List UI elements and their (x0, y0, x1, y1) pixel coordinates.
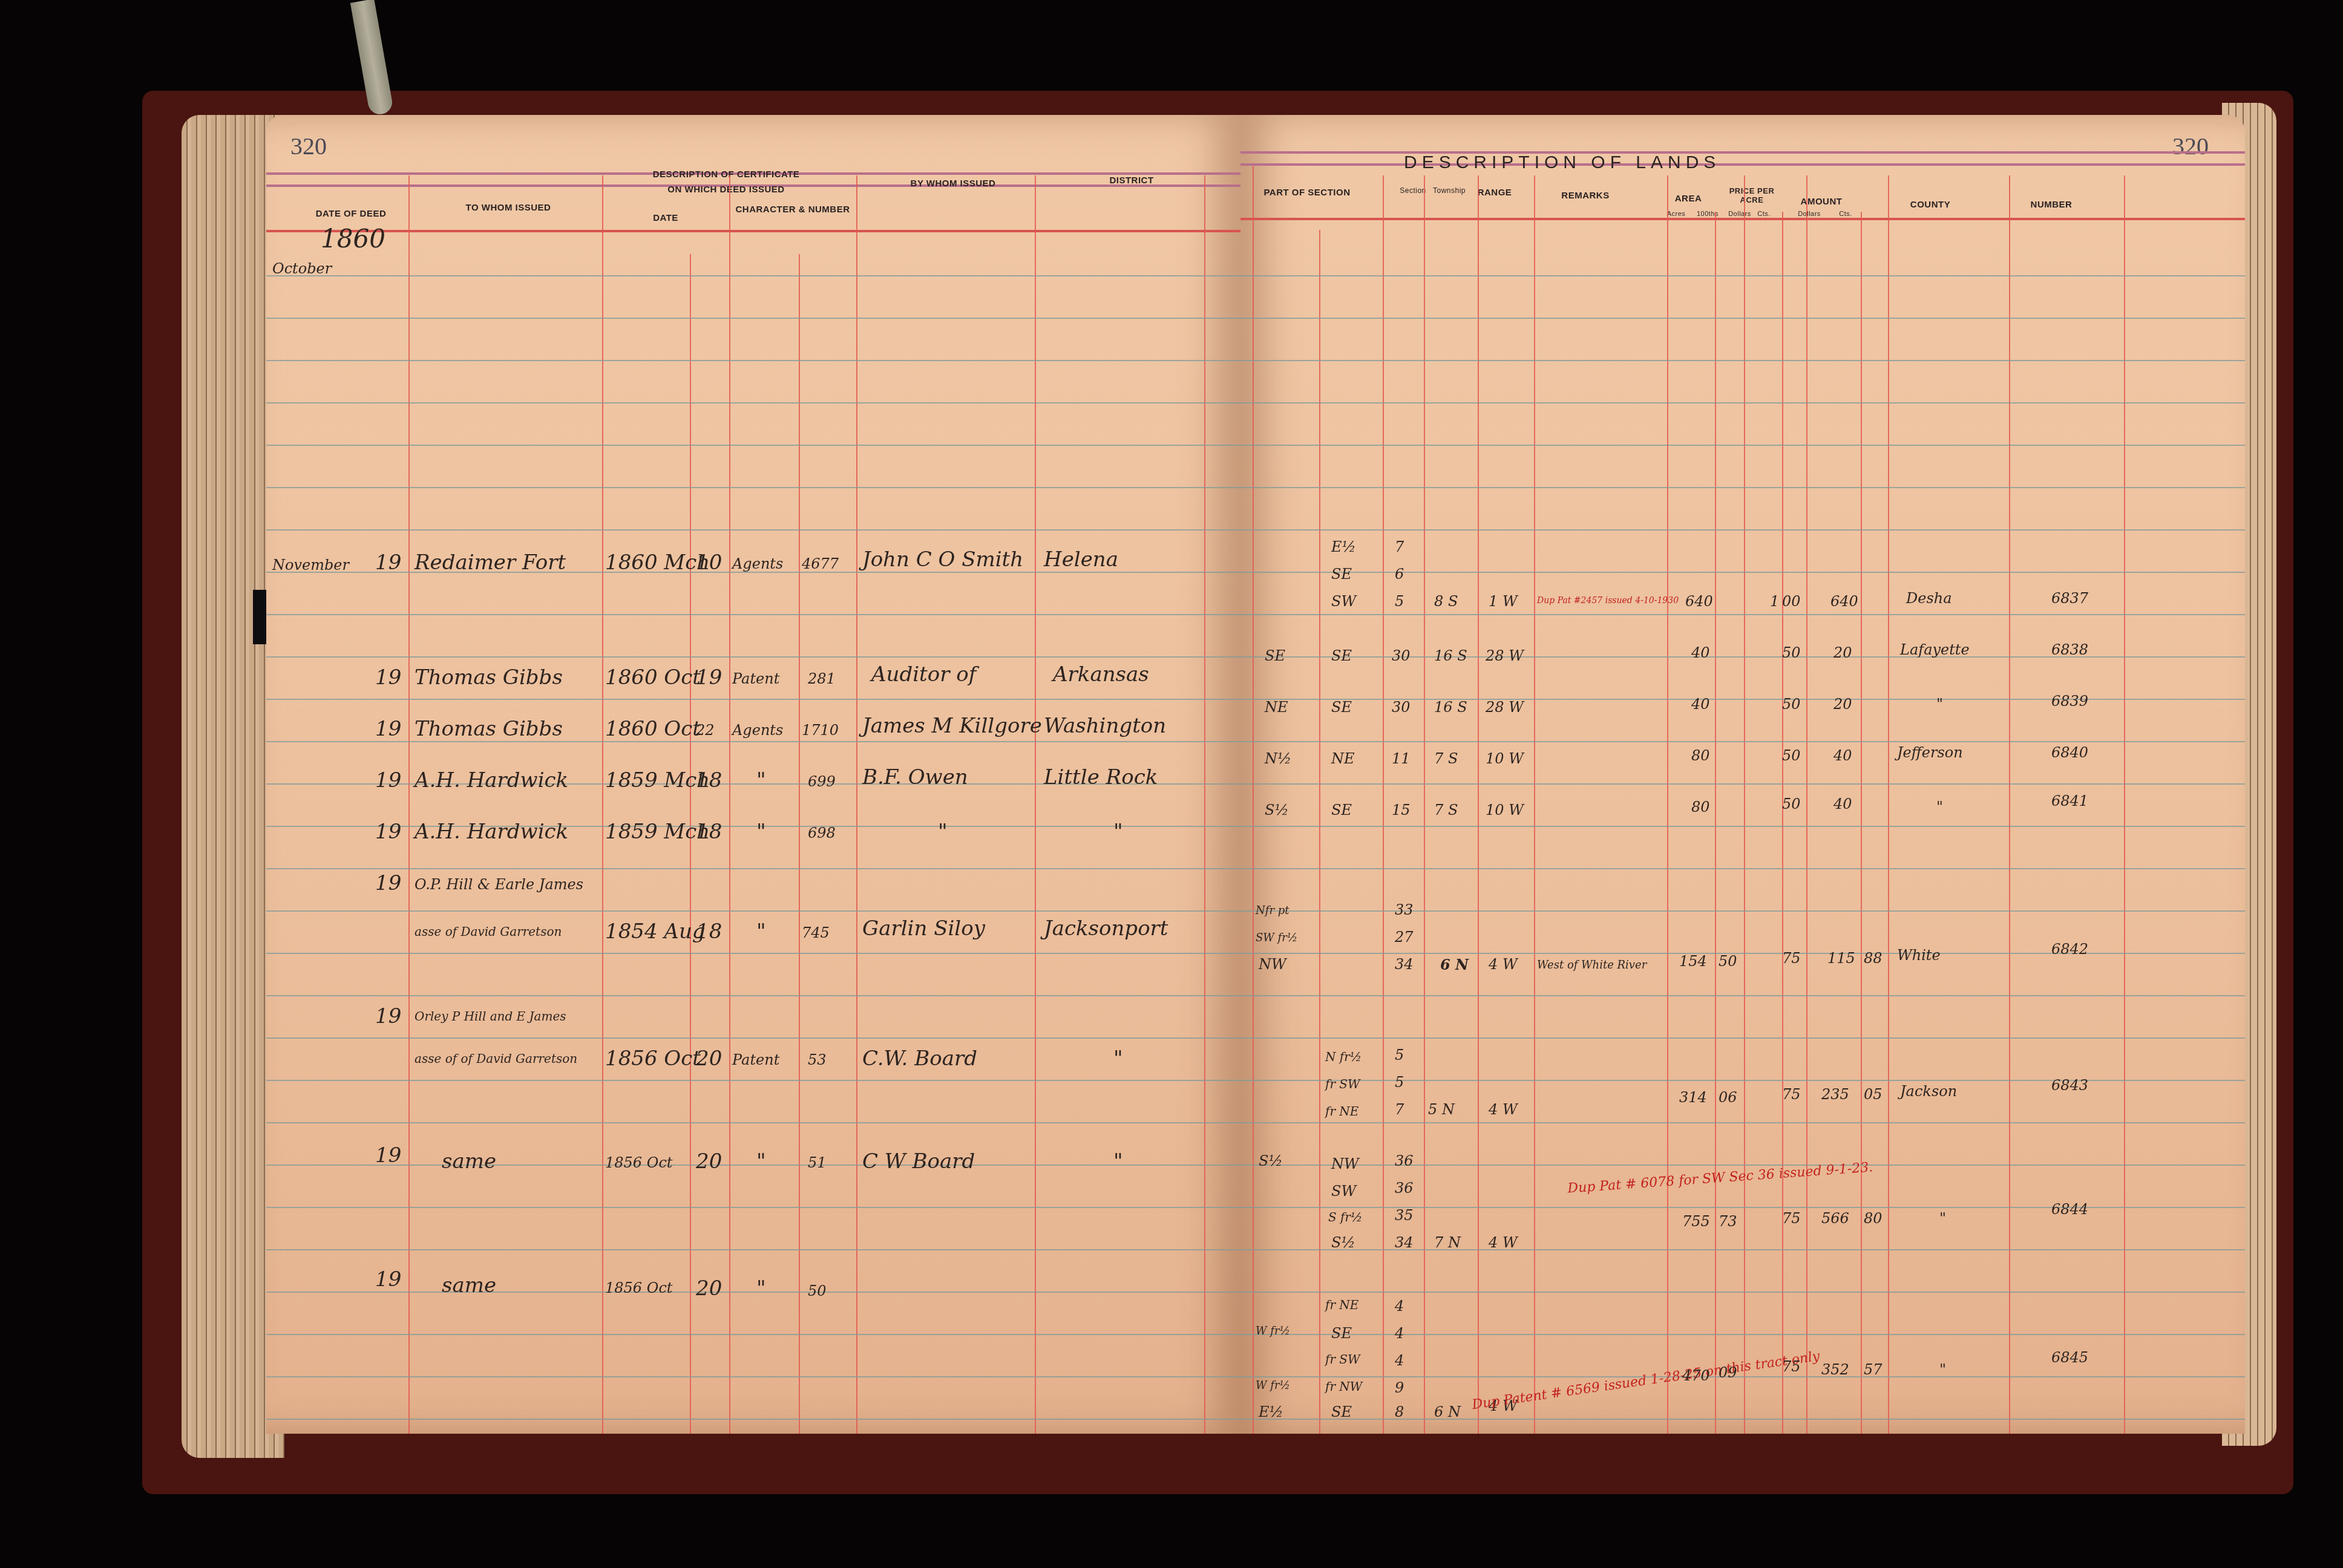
part-of-section: S½ (1259, 1152, 1283, 1169)
header-part-of-section: PART OF SECTION (1263, 188, 1350, 198)
hundredths: 09 (1719, 1364, 1737, 1381)
section-title: DESCRIPTION OF LANDS (1404, 152, 1720, 173)
deed-day: 19 (375, 768, 401, 792)
cert-day: 10 (696, 550, 722, 575)
grantee-name: Redaimer Fort (415, 550, 566, 575)
deed-day: 19 (375, 717, 401, 741)
section: 5 (1395, 1074, 1404, 1091)
part-of-section: fr NE (1325, 1298, 1358, 1312)
entry-number: 6838 (2051, 641, 2088, 658)
cert-number: 281 (808, 670, 836, 687)
cert-character: " (756, 1276, 766, 1301)
acres: 40 (1691, 696, 1710, 713)
part-of-section: N fr½ (1325, 1050, 1362, 1064)
cert-date: 1856 Oct (605, 1279, 672, 1296)
cert-number: 745 (802, 924, 830, 941)
part-of-section: SW (1331, 1183, 1356, 1200)
acres: 755 (1682, 1213, 1710, 1230)
township: 7 N (1434, 1234, 1461, 1251)
amount-cts: 05 (1864, 1086, 1883, 1103)
hundredths: 73 (1719, 1213, 1737, 1230)
cert-character: " (756, 1149, 766, 1174)
district: Washington (1044, 714, 1166, 738)
cert-number: 1710 (802, 722, 839, 739)
county: Jackson (1900, 1083, 1957, 1100)
col-divider (729, 175, 730, 1434)
left-page: 320 DATE OF DEED TO WHOM ISSUED DESCRIPT… (266, 115, 1240, 1434)
cert-number: 4677 (802, 555, 839, 572)
amount-cts: 57 (1864, 1361, 1883, 1378)
township: 6 N (1440, 956, 1469, 973)
amount-dollars: 115 (1827, 950, 1855, 967)
part-of-section: NW (1259, 956, 1286, 973)
section: 6 (1395, 566, 1404, 583)
header-to-whom-issued: TO WHOM ISSUED (466, 203, 551, 213)
part-of-section: S½ (1331, 1234, 1355, 1251)
district: " (1113, 1047, 1123, 1071)
district: Arkansas (1053, 662, 1149, 687)
section: 5 (1395, 593, 1404, 610)
county: " (1936, 799, 1943, 815)
deed-day: 19 (375, 1267, 401, 1292)
range: 4 W (1489, 956, 1518, 973)
header-district: DISTRICT (1109, 175, 1153, 186)
township: 8 S (1434, 593, 1458, 610)
part-of-section: E½ (1259, 1403, 1283, 1420)
issued-by: B.F. Owen (862, 765, 968, 789)
header-rule (266, 230, 1240, 232)
issued-by: Garlin Siloy (862, 916, 985, 941)
range: 10 W (1486, 750, 1524, 767)
issued-by: C.W. Board (862, 1047, 977, 1071)
range: 10 W (1486, 802, 1524, 818)
header-description-certificate: DESCRIPTION OF CERTIFICATE (653, 169, 800, 180)
remark-red: Dup Patent # 6569 issued 1-28-25 on this… (1471, 1349, 1821, 1413)
grantee-name: same (442, 1149, 496, 1174)
section: 35 (1395, 1207, 1414, 1224)
deed-day: 19 (375, 665, 401, 690)
header-price-cts: Cts. (1757, 211, 1771, 218)
cert-date: 1856 Oct (605, 1047, 701, 1071)
acres: 640 (1685, 593, 1713, 610)
month-label-october: October (272, 260, 332, 277)
issued-by: C W Board (862, 1149, 975, 1174)
part-of-section: S fr½ (1328, 1210, 1362, 1224)
part-of-section: E½ (1331, 538, 1356, 555)
cert-date: 1859 Mch (605, 820, 710, 844)
part-of-section: SE (1331, 802, 1352, 818)
header-remarks: REMARKS (1561, 191, 1609, 201)
section: 33 (1395, 901, 1414, 918)
cert-day: 18 (696, 920, 722, 944)
header-section: Section (1400, 186, 1426, 195)
range: 28 W (1486, 647, 1524, 664)
header-double-rule (1240, 151, 2245, 166)
grantee-name: A.H. Hardwick (415, 768, 568, 792)
cert-character: " (756, 820, 766, 844)
cert-day: 18 (696, 820, 722, 844)
grantee-name: Orley P Hill and E James (415, 1009, 566, 1024)
part-of-section: fr NE (1325, 1104, 1358, 1119)
part-of-section: SE (1331, 647, 1352, 664)
section: 11 (1392, 750, 1411, 767)
grantee-name: same (442, 1273, 496, 1298)
cert-character: " (756, 920, 766, 944)
cert-character: Patent (732, 1051, 779, 1068)
cert-date: 1856 Oct (605, 1154, 672, 1171)
section: 15 (1392, 802, 1411, 818)
col-divider (799, 254, 800, 1434)
price-cts: 50 (1782, 795, 1801, 812)
col-divider (1204, 175, 1205, 1434)
cert-number: 699 (808, 773, 836, 790)
amount-dollars: 566 (1821, 1210, 1849, 1227)
cert-day: 19 (696, 665, 722, 690)
price-cts: 50 (1782, 644, 1801, 661)
acres: 470 (1682, 1367, 1710, 1384)
county: White (1897, 947, 1941, 964)
cert-date: 1860 Oct (605, 717, 701, 741)
cert-date: 1860 Mch (605, 550, 710, 575)
col-divider (408, 175, 410, 1434)
cert-day: 20 (696, 1149, 722, 1174)
cert-character: Agents (732, 555, 783, 572)
district: Helena (1044, 547, 1118, 572)
header-range: RANGE (1478, 188, 1512, 198)
section: 30 (1392, 647, 1411, 664)
county: Jefferson (1897, 744, 1963, 761)
section: 9 (1395, 1379, 1404, 1396)
cert-day: 20 (696, 1276, 722, 1301)
cert-day: 20 (696, 1047, 722, 1071)
part-of-section: NE (1331, 750, 1355, 767)
part-of-section: SE (1331, 699, 1352, 716)
entry-number: 6844 (2051, 1201, 2088, 1218)
district: " (1113, 820, 1123, 844)
amount-dollars: 20 (1833, 696, 1852, 713)
header-by-whom-issued: BY WHOM ISSUED (911, 178, 996, 189)
district: " (1113, 1149, 1123, 1174)
part-of-section: fr NW (1325, 1379, 1362, 1394)
entry-number: 6843 (2051, 1077, 2088, 1094)
grantee-assignee: asse of David Garretson (415, 924, 562, 939)
section: 4 (1395, 1325, 1404, 1342)
header-number: NUMBER (2031, 200, 2073, 210)
range: 4 W (1489, 1101, 1518, 1118)
amount-cts: 88 (1864, 950, 1883, 967)
section: 4 (1395, 1352, 1404, 1369)
entry-number: 6842 (2051, 941, 2088, 958)
section: 8 (1395, 1403, 1404, 1420)
col-divider (856, 175, 857, 1434)
right-page: 320 DESCRIPTION OF LANDS PART OF SECTION… (1240, 115, 2245, 1434)
hundredths: 06 (1719, 1089, 1737, 1106)
part-of-section: Nfr pt (1256, 904, 1289, 917)
deed-day: 19 (375, 1004, 401, 1028)
remark-red: Dup Pat #2457 issued 4-10-1930 (1537, 596, 1679, 606)
cert-character: Patent (732, 670, 779, 687)
header-date-of-deed: DATE OF DEED (316, 209, 387, 219)
section: 7 (1395, 1101, 1404, 1118)
price-dollars: 1 (1770, 593, 1779, 610)
issued-by: John C O Smith (862, 547, 1023, 572)
index-tab-left[interactable] (253, 590, 267, 644)
col-divider (602, 175, 603, 1434)
section: 4 (1395, 1298, 1404, 1315)
header-amount-dollars: Dollars (1798, 211, 1821, 218)
part-of-section: SW (1331, 593, 1356, 610)
deed-day: 19 (375, 820, 401, 844)
grantee-name: Thomas Gibbs (415, 665, 563, 690)
grantee-name: O.P. Hill & Earle James (415, 876, 583, 893)
deed-day: 19 (375, 871, 401, 895)
year-label: 1860 (321, 224, 385, 253)
cert-date: 1860 Oct (605, 665, 701, 690)
acres: 40 (1691, 644, 1710, 661)
range: 28 W (1486, 699, 1524, 716)
col-divider (1035, 175, 1036, 1434)
header-area: AREA (1675, 194, 1702, 204)
price-cts: 50 (1782, 747, 1801, 764)
entry-number: 6840 (2051, 744, 2088, 761)
section: 30 (1392, 699, 1411, 716)
header-rule (1240, 218, 2245, 220)
part-of-section: SW fr½ (1256, 932, 1297, 944)
part-of-section: SE (1331, 1325, 1352, 1342)
price-cts: 50 (1782, 696, 1801, 713)
section: 36 (1395, 1152, 1414, 1169)
page-number: 320 (290, 132, 327, 160)
price-cts: 75 (1782, 1086, 1801, 1103)
section: 27 (1395, 929, 1414, 946)
header-amount-cts: Cts. (1839, 211, 1852, 218)
part-of-section: NE (1265, 699, 1288, 716)
hundredths: 50 (1719, 953, 1737, 970)
section: 36 (1395, 1180, 1414, 1197)
county: Lafayette (1900, 641, 1970, 658)
entry-number: 6841 (2051, 792, 2088, 809)
amount-cts: 80 (1864, 1210, 1883, 1227)
cert-character: " (756, 768, 766, 792)
part-of-section: fr SW (1325, 1352, 1360, 1367)
part-of-section: SE (1331, 1403, 1352, 1420)
cert-number: 51 (808, 1154, 827, 1171)
grantee-name: A.H. Hardwick (415, 820, 568, 844)
cert-day: 22 (696, 722, 715, 739)
township: 7 S (1434, 750, 1458, 767)
acres: 154 (1679, 953, 1707, 970)
township: 16 S (1434, 647, 1467, 664)
district: Little Rock (1044, 765, 1158, 789)
section: 7 (1395, 538, 1404, 555)
price-cts: 00 (1782, 593, 1801, 610)
deed-day: 19 (375, 550, 401, 575)
township: 6 N (1434, 1403, 1461, 1420)
township: 16 S (1434, 699, 1467, 716)
part-of-section: W fr½ (1256, 1325, 1290, 1338)
part-of-section: NW (1331, 1155, 1359, 1172)
header-township: Township (1433, 186, 1466, 195)
amount-dollars: 352 (1821, 1361, 1849, 1378)
cert-character: Agents (732, 722, 783, 739)
section: 34 (1395, 956, 1414, 973)
section: 34 (1395, 1234, 1414, 1251)
acres: 80 (1691, 799, 1710, 815)
part-of-section: S½ (1265, 802, 1289, 818)
cert-number: 698 (808, 825, 836, 841)
county: " (1936, 696, 1943, 713)
header-cert-date: DATE (653, 213, 678, 223)
issued-by: James M Killgore (862, 714, 1042, 738)
part-of-section: fr SW (1325, 1077, 1360, 1091)
acres: 80 (1691, 747, 1710, 764)
part-of-section: N½ (1265, 750, 1291, 767)
cert-number: 53 (808, 1051, 827, 1068)
amount-dollars: 20 (1833, 644, 1852, 661)
issued-by: " (938, 820, 948, 844)
header-price-dollars: Dollars (1728, 211, 1751, 218)
col-divider (690, 254, 691, 1434)
grantee-name: Thomas Gibbs (415, 717, 563, 741)
cert-date: 1854 Aug (605, 920, 706, 944)
header-price-per-acre: PRICE PER ACRE (1728, 186, 1776, 204)
deed-day: 19 (375, 1143, 401, 1168)
grantee-assignee: asse of of David Garretson (415, 1051, 577, 1066)
remarks: West of White River (1537, 959, 1647, 972)
county: Desha (1906, 590, 1952, 607)
amount-dollars: 640 (1830, 593, 1858, 610)
part-of-section: SE (1331, 566, 1352, 583)
header-on-which-deed-issued: ON WHICH DEED ISSUED (667, 185, 784, 195)
part-of-section: W fr½ (1256, 1379, 1290, 1392)
entry-number: 6845 (2051, 1349, 2088, 1366)
amount-dollars: 40 (1833, 795, 1852, 812)
range: 4 W (1489, 1234, 1518, 1251)
district: Jacksonport (1044, 916, 1168, 941)
entry-number: 6839 (2051, 693, 2088, 710)
entry-number: 6837 (2051, 590, 2088, 607)
month-label-november: November (272, 557, 349, 573)
price-cts: 75 (1782, 1210, 1801, 1227)
section: 5 (1395, 1047, 1404, 1063)
amount-dollars: 235 (1821, 1086, 1849, 1103)
cert-day: 18 (696, 768, 722, 792)
amount-dollars: 40 (1833, 747, 1852, 764)
issued-by: Auditor of (871, 662, 976, 687)
township: 7 S (1434, 802, 1458, 818)
range: 1 W (1489, 593, 1518, 610)
township: 5 N (1428, 1101, 1455, 1118)
header-acres: Acres (1667, 211, 1686, 218)
part-of-section: SE (1265, 647, 1285, 664)
header-character-number: CHARACTER & NUMBER (736, 204, 850, 215)
cert-date: 1859 Mch (605, 768, 710, 792)
acres: 314 (1679, 1089, 1707, 1106)
price-cts: 75 (1782, 1358, 1801, 1375)
county: " (1939, 1210, 1946, 1227)
county: " (1939, 1361, 1946, 1378)
cert-number: 50 (808, 1282, 827, 1299)
price-cts: 75 (1782, 950, 1801, 967)
header-county: COUNTY (1910, 200, 1950, 210)
